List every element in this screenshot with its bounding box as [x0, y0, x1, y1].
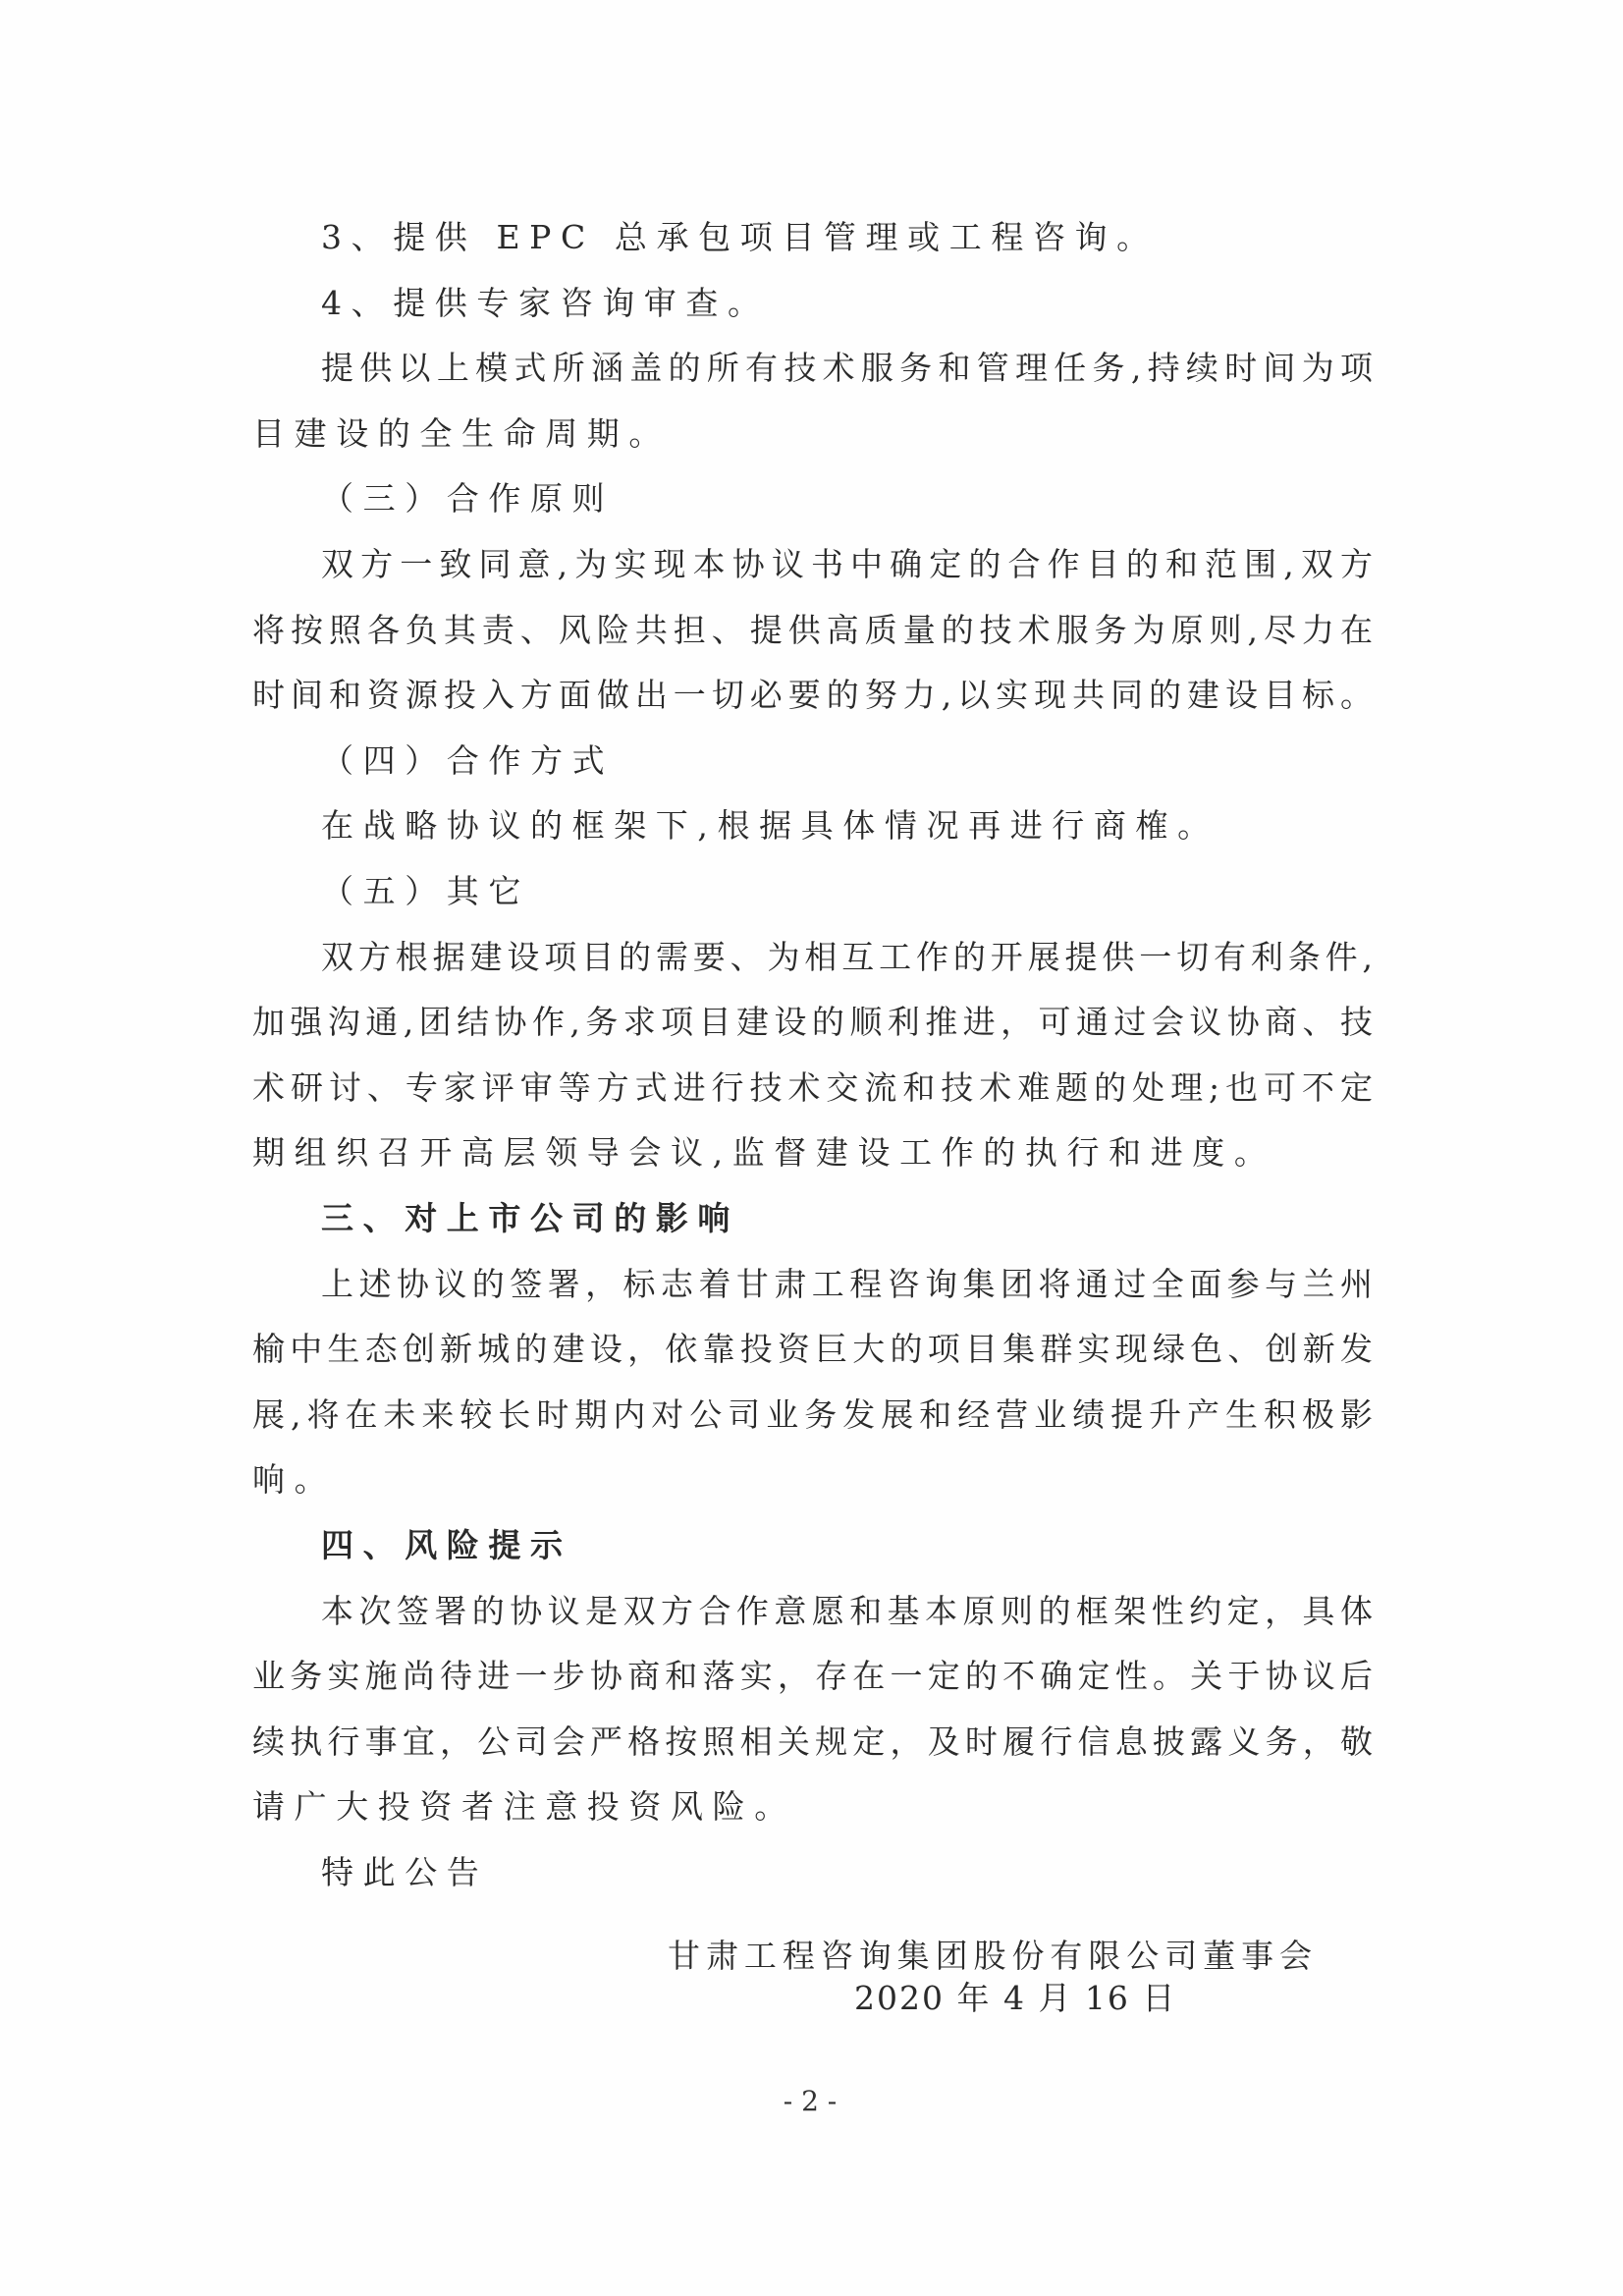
text-line: 加强沟通,团结协作,务求项目建设的顺利推进，可通过会议协商、技 [252, 1001, 1373, 1044]
section-heading: 三、对上市公司的影响 [321, 1197, 1373, 1240]
text-line: 术研讨、专家评审等方式进行技术交流和技术难题的处理;也可不定 [252, 1066, 1373, 1110]
text-line: 响。 [252, 1458, 1373, 1502]
document-page: 3、提供 EPC 总承包项目管理或工程咨询。4、提供专家咨询审查。提供以上模式所… [0, 0, 1623, 2296]
text-line: 续执行事宜，公司会严格按照相关规定，及时履行信息披露义务，敬 [252, 1721, 1373, 1764]
text-line: 时间和资源投入方面做出一切必要的努力,以实现共同的建设目标。 [252, 674, 1373, 717]
text-line: 在战略协议的框架下,根据具体情况再进行商榷。 [321, 804, 1373, 847]
text-line: （三）合作原则 [321, 477, 1373, 520]
text-line: 业务实施尚待进一步协商和落实，存在一定的不确定性。关于协议后 [252, 1655, 1373, 1698]
text-line: 请广大投资者注意投资风险。 [252, 1785, 1373, 1829]
signature-company: 甘肃工程咨询集团股份有限公司董事会 [668, 1935, 1312, 1978]
text-line: 双方一致同意,为实现本协议书中确定的合作目的和范围,双方 [321, 543, 1373, 586]
text-line: 提供以上模式所涵盖的所有技术服务和管理任务,持续时间为项 [321, 347, 1373, 390]
text-line: （五）其它 [321, 870, 1373, 913]
text-line: 目建设的全生命周期。 [252, 412, 1373, 456]
text-line: 特此公告 [321, 1851, 1373, 1894]
signature-date: 2020 年 4 月 16 日 [854, 1977, 1144, 2020]
text-line: 双方根据建设项目的需要、为相互工作的开展提供一切有利条件, [321, 936, 1373, 979]
text-line: 展,将在未来较长时期内对公司业务发展和经营业绩提升产生积极影 [252, 1394, 1373, 1437]
text-line: 期组织召开高层领导会议,监督建设工作的执行和进度。 [252, 1131, 1373, 1175]
text-line: 将按照各负其责、风险共担、提供高质量的技术服务为原则,尽力在 [252, 609, 1373, 652]
section-heading: 四、风险提示 [321, 1524, 1373, 1567]
text-line: 上述协议的签署，标志着甘肃工程咨询集团将通过全面参与兰州 [321, 1263, 1373, 1306]
text-line: （四）合作方式 [321, 739, 1373, 783]
text-line: 4、提供专家咨询审查。 [321, 282, 1373, 325]
text-line: 本次签署的协议是双方合作意愿和基本原则的框架性约定，具体 [321, 1590, 1373, 1633]
text-line: 3、提供 EPC 总承包项目管理或工程咨询。 [321, 216, 1373, 259]
text-line: 榆中生态创新城的建设，依靠投资巨大的项目集群实现绿色、创新发 [252, 1328, 1373, 1371]
page-number: - 2 - [771, 2084, 849, 2119]
